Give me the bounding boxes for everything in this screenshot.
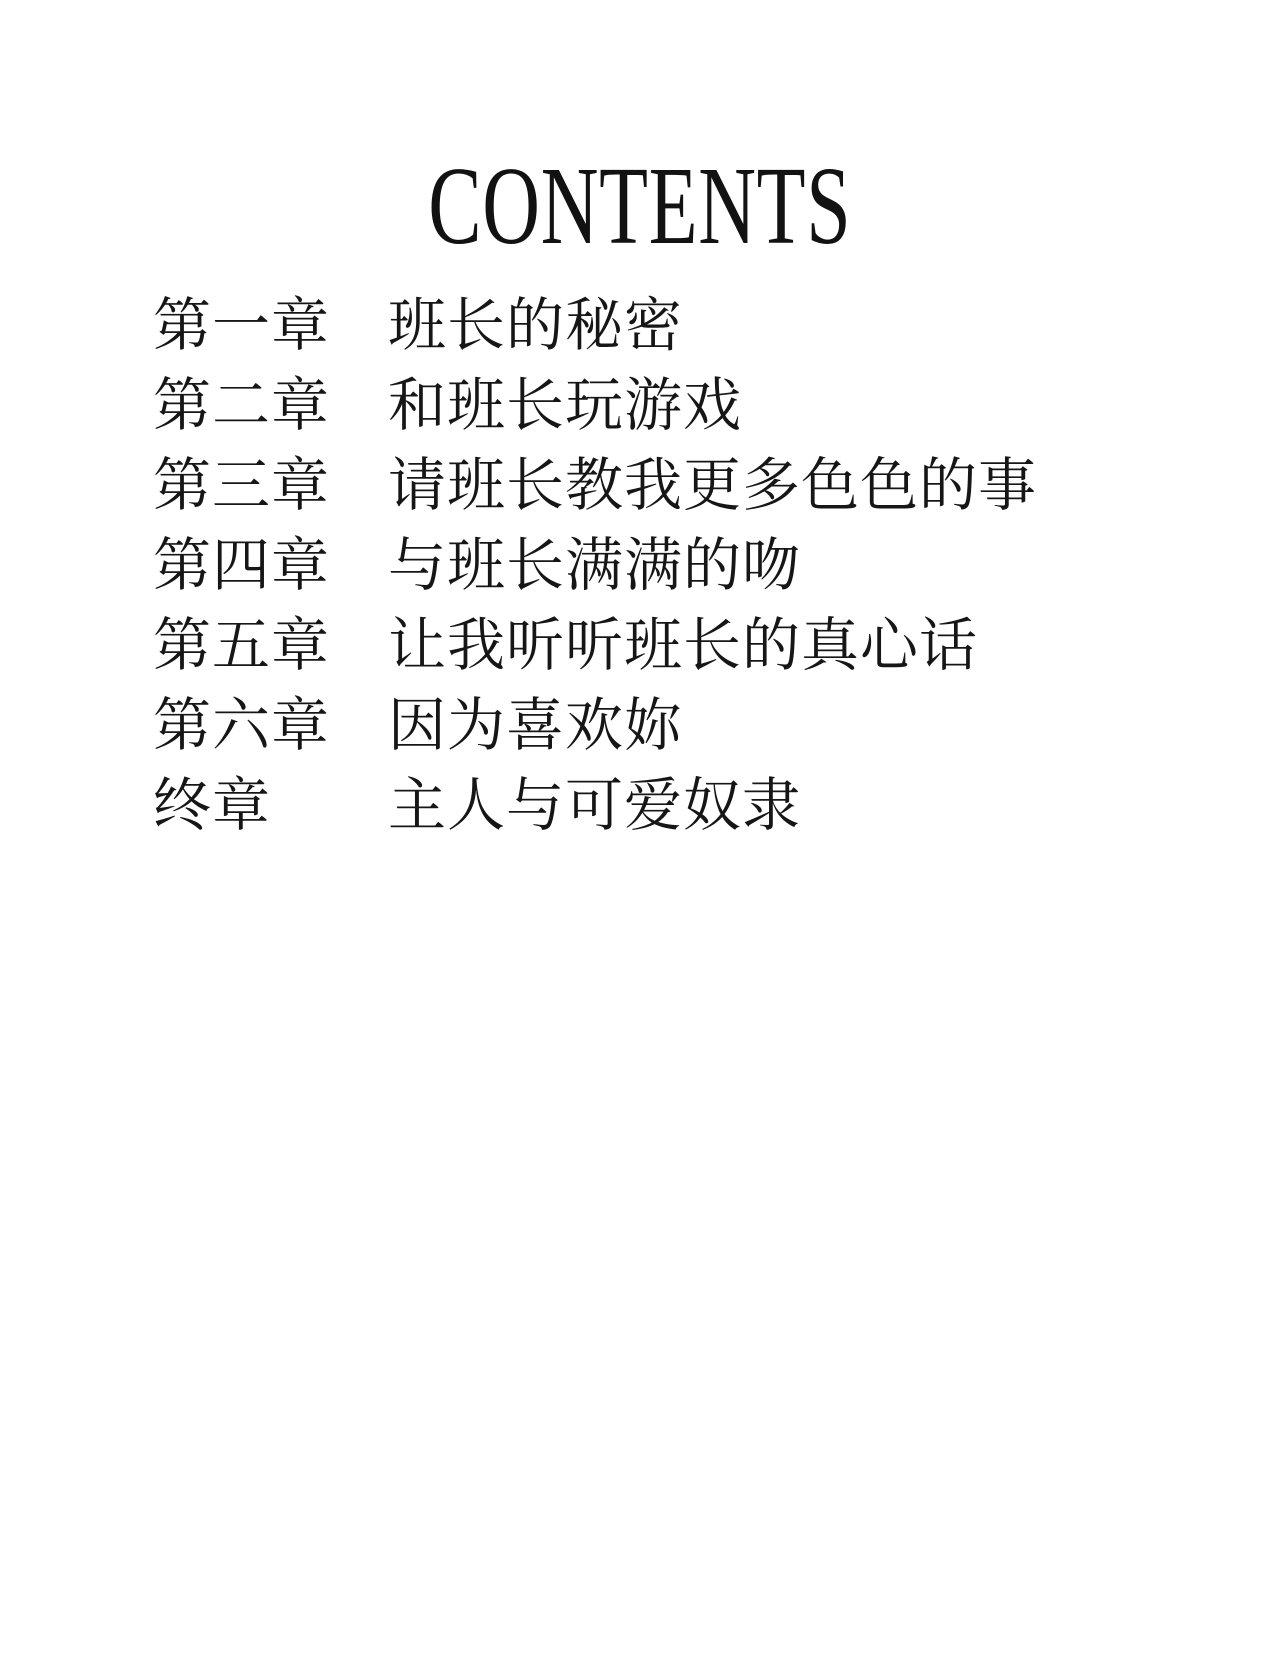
toc-entry: 第六章因为喜欢妳 <box>153 686 1153 766</box>
chapter-label: 第一章 <box>153 297 388 355</box>
toc-entry: 第五章让我听听班长的真心话 <box>153 606 1153 686</box>
toc-list: 第一章班长的秘密第二章和班长玩游戏第三章请班长教我更多色色的事第四章与班长满满的… <box>153 286 1153 846</box>
toc-entry: 第一章班长的秘密 <box>153 286 1153 366</box>
page-title: CONTENTS <box>428 151 851 262</box>
chapter-title: 主人与可爱奴隶 <box>388 777 801 835</box>
chapter-title: 和班长玩游戏 <box>388 377 742 435</box>
toc-entry: 第四章与班长满满的吻 <box>153 526 1153 606</box>
chapter-title: 让我听听班长的真心话 <box>388 617 978 675</box>
chapter-title: 班长的秘密 <box>388 297 683 355</box>
chapter-title: 因为喜欢妳 <box>388 697 683 755</box>
chapter-title: 请班长教我更多色色的事 <box>388 457 1037 515</box>
toc-entry: 终章主人与可爱奴隶 <box>153 766 1153 846</box>
toc-entry: 第三章请班长教我更多色色的事 <box>153 446 1153 526</box>
chapter-label: 终章 <box>153 777 388 835</box>
chapter-label: 第四章 <box>153 537 388 595</box>
chapter-label: 第五章 <box>153 617 388 675</box>
page-title-wrap: CONTENTS <box>0 151 1280 262</box>
chapter-label: 第二章 <box>153 377 388 435</box>
chapter-label: 第六章 <box>153 697 388 755</box>
toc-entry: 第二章和班长玩游戏 <box>153 366 1153 446</box>
chapter-title: 与班长满满的吻 <box>388 537 801 595</box>
contents-page: CONTENTS 第一章班长的秘密第二章和班长玩游戏第三章请班长教我更多色色的事… <box>0 0 1280 1656</box>
chapter-label: 第三章 <box>153 457 388 515</box>
